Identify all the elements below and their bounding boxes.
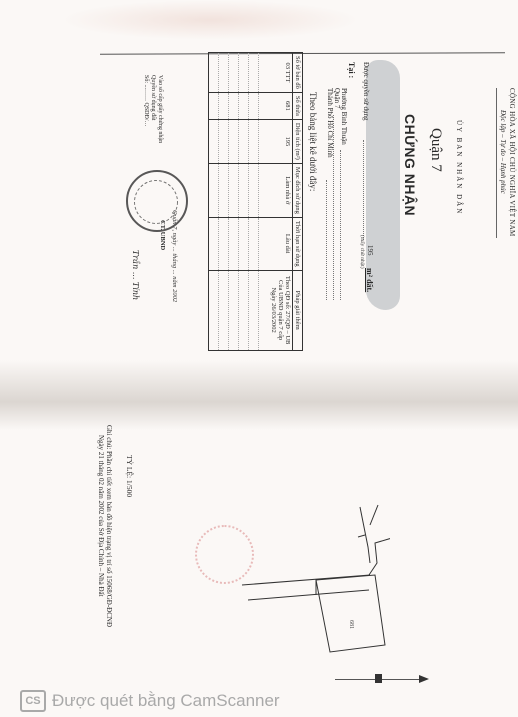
table-intro: Theo bảng liệt kê dưới đây:: [308, 92, 318, 191]
camscanner-watermark: CS Được quét bằng CamScanner: [20, 691, 280, 711]
map-note-line-2: Ngày 21 tháng 02 năm 2002 của Sở Địa Chí…: [97, 435, 105, 597]
land-parcel-table: Số tờ bản đồ Số thửa Diện tích (m²) Mục …: [209, 52, 304, 351]
area-in-words-label: (mấy chữ nhật): [359, 235, 365, 269]
cell-purpose: Làm nhà ở: [269, 163, 293, 217]
address-label: Tại :: [347, 62, 356, 78]
signature-date: Quận 7, ngày ... tháng ... năm 2002: [171, 210, 178, 302]
address-district: Quận 7: [333, 88, 341, 108]
dotted-line: [363, 140, 364, 240]
table-header-row: Số tờ bản đồ Số thửa Diện tích (m²) Mục …: [293, 53, 303, 351]
parcel-number: 681: [348, 620, 354, 629]
cell-map-sheet: 03 TTT: [269, 53, 293, 93]
national-motto: Độc lập – Tự do – Hạnh phúc: [499, 110, 507, 194]
motto-underline: [496, 88, 497, 238]
col-map-sheet: Số tờ bản đồ: [293, 53, 303, 93]
map-note-line-1: Ghi chú: Phần chi tiết xem bản đồ hiện t…: [105, 425, 113, 627]
dotted-line: [340, 150, 341, 300]
cell-notes: Theo QĐ số: 27/QĐ – UB Của UBND quận 7 c…: [269, 270, 293, 350]
signer-name: Trần ... Tính: [131, 250, 140, 300]
national-title: CỘNG HÒA XÃ HỘI CHỦ NGHĨA VIỆT NAM: [508, 88, 516, 237]
address-ward: Phường Bình Thuận: [340, 88, 348, 145]
cell-parcel-no: 681: [269, 92, 293, 119]
col-notes: Pháp giải thêm: [293, 270, 303, 350]
area-value: 195: [366, 245, 374, 256]
address-city: Thành Phố Hồ Chí Minh: [326, 88, 334, 158]
area-unit: m² đất.: [365, 268, 374, 292]
granted-label: Được quyền sử dụng: [362, 62, 370, 121]
cell-area: 195: [269, 119, 293, 163]
signer-role: CT. UBND: [159, 220, 166, 250]
table-row: 03 TTT 681 195 Làm nhà ở Lâu dài Theo QĐ…: [269, 53, 293, 351]
cell-term: Lâu dài: [269, 217, 293, 270]
certificate-title: CHỨNG NHẬN: [402, 114, 418, 216]
camscanner-logo-icon: CS: [20, 690, 46, 712]
col-term: Thời hạn sử dụng: [293, 217, 303, 270]
dotted-line: [326, 180, 327, 300]
committee-name: ỦY BAN NHÂN DÂN: [455, 120, 463, 215]
paper-stain: [60, 0, 360, 40]
official-seal: [126, 170, 188, 232]
col-parcel-no: Số thửa: [293, 92, 303, 119]
col-area: Diện tích (m²): [293, 119, 303, 163]
col-purpose: Mục đích sử dụng: [293, 163, 303, 217]
watermark-text: Được quét bằng CamScanner: [52, 691, 280, 711]
parcel-map: 681: [230, 495, 390, 665]
map-scale: TỶ LỆ: 1/500: [125, 455, 134, 497]
north-arrow: [335, 674, 425, 684]
district-name: Quận 7: [427, 128, 444, 172]
